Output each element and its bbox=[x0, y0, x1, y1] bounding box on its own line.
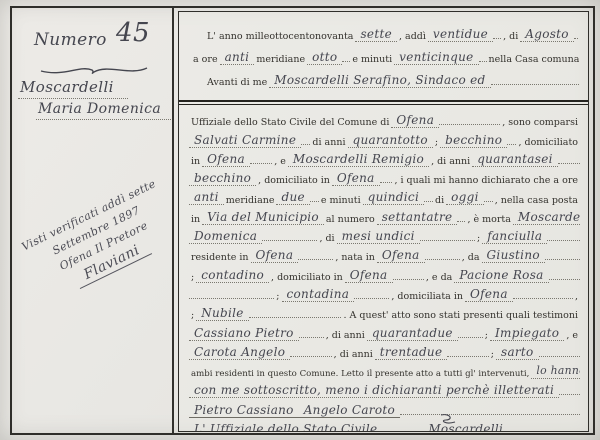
printed-text: al numero bbox=[324, 215, 377, 225]
blank-rule bbox=[290, 356, 331, 357]
signature-flourish bbox=[437, 413, 463, 425]
blank-rule bbox=[298, 259, 333, 260]
printed-text: e minuti bbox=[350, 55, 394, 65]
blank-rule bbox=[558, 163, 580, 164]
blank-rule bbox=[547, 240, 580, 241]
printed-text: , e bbox=[272, 157, 288, 167]
handwritten-entry: Impiegato bbox=[490, 327, 564, 341]
printed-text: , domiciliato in bbox=[256, 176, 332, 186]
printed-text: , nella casa posta bbox=[493, 196, 580, 206]
form-line: Salvati Carminedi anniquarantotto;becchi… bbox=[189, 128, 580, 147]
margin-numero-label: Numero bbox=[34, 30, 107, 50]
header-body-separator bbox=[179, 100, 588, 105]
blank-rule bbox=[439, 124, 500, 125]
printed-text: ambi residenti in questo Comune. Letto i… bbox=[189, 370, 531, 379]
printed-text: ; bbox=[189, 273, 196, 283]
printed-text: Uffiziale dello Stato Civile del Comune … bbox=[189, 118, 391, 128]
handwritten-entry: venticinque bbox=[394, 51, 478, 65]
numero-flourish bbox=[38, 62, 150, 78]
handwritten-entry: quarantadue bbox=[367, 327, 458, 341]
handwritten-entry: Ofena bbox=[377, 249, 425, 263]
handwritten-entry: Ofena bbox=[345, 269, 393, 283]
printed-text: e minuti bbox=[319, 196, 363, 206]
printed-text: , domiciliato in bbox=[269, 273, 345, 283]
handwritten-entry: Moscardelli Maria bbox=[513, 211, 580, 225]
margin-numero-value: 45 bbox=[116, 18, 150, 48]
form-line: ;contadina, domiciliata inOfena, bbox=[189, 283, 580, 302]
handwritten-entry: Giustino bbox=[482, 249, 545, 263]
handwritten-entry: Via del Municipio bbox=[202, 211, 324, 225]
handwritten-entry: mesi undici bbox=[337, 230, 420, 244]
margin-divider bbox=[172, 8, 174, 433]
blank-rule bbox=[545, 259, 580, 260]
printed-text: in bbox=[189, 157, 202, 167]
printed-text: meridiane bbox=[254, 55, 307, 65]
printed-text: in bbox=[189, 215, 202, 225]
blank-rule bbox=[250, 163, 272, 164]
handwritten-entry: Ofena bbox=[202, 153, 250, 167]
printed-text: , di bbox=[501, 32, 520, 42]
printed-text: , domiciliata in bbox=[389, 292, 465, 302]
printed-text: ; bbox=[433, 138, 440, 148]
form-line: residente inOfena, nata inOfena, daGiust… bbox=[189, 244, 580, 263]
blank-rule bbox=[262, 240, 317, 241]
handwritten-entry: Ofena bbox=[251, 249, 299, 263]
printed-text: , e bbox=[564, 331, 580, 341]
blank-rule bbox=[299, 337, 324, 338]
handwritten-entry: Cassiano Pietro bbox=[189, 327, 299, 341]
printed-text: ; bbox=[274, 292, 281, 302]
printed-text: , di anni bbox=[332, 350, 375, 360]
form-line: Carota Angelo, di annitrentadue;sarto bbox=[189, 341, 580, 360]
blank-rule bbox=[493, 38, 501, 39]
death-record-scan: Numero 45 Moscardelli Maria Domenica Vis… bbox=[0, 0, 600, 440]
handwritten-entry: ventidue bbox=[428, 28, 493, 42]
handwritten-entry: anti bbox=[189, 191, 224, 205]
form-line: Uffiziale dello Stato Civile del Comune … bbox=[189, 109, 580, 128]
handwritten-entry: con me sottoscritto, meno i dichiaranti … bbox=[189, 384, 559, 398]
handwritten-entry: sette bbox=[355, 28, 397, 42]
printed-text: L' anno milleottocentonovanta bbox=[205, 32, 355, 42]
form-line: L' anno milleottocentonovantasette, addì… bbox=[191, 19, 579, 42]
handwritten-entry: Moscardelli Remigio bbox=[288, 153, 429, 167]
blank-rule bbox=[189, 298, 274, 299]
printed-text: ; bbox=[483, 331, 490, 341]
printed-text: ; bbox=[189, 311, 196, 321]
handwritten-entry: Nubile bbox=[196, 307, 249, 321]
printed-text: Avanti di me bbox=[205, 78, 269, 88]
official-title-handwritten: L' Uffiziale dello Stato Civile bbox=[189, 423, 382, 431]
blank-rule bbox=[380, 182, 393, 183]
witness-signature: Pietro Cassiano bbox=[189, 404, 299, 418]
blank-rule bbox=[424, 201, 433, 202]
printed-text: , i quali mi hanno dichiarato che a ore bbox=[392, 176, 580, 186]
blank-rule bbox=[342, 61, 350, 62]
blank-rule bbox=[393, 279, 424, 280]
printed-text: di anni bbox=[310, 138, 347, 148]
form-line: ;contadino, domiciliato inOfena, e daPac… bbox=[189, 263, 580, 282]
act-header: L' anno milleottocentonovantasette, addì… bbox=[179, 12, 588, 98]
blank-rule bbox=[479, 61, 487, 62]
handwritten-entry: quarantotto bbox=[348, 134, 433, 148]
handwritten-entry: Pacione Rosa bbox=[454, 269, 548, 283]
handwritten-entry: Salvati Carmine bbox=[189, 134, 301, 148]
handwritten-entry: quindici bbox=[363, 191, 424, 205]
printed-text: meridiane bbox=[224, 196, 277, 206]
handwritten-entry: Ofena bbox=[391, 114, 439, 128]
handwritten-entry: becchino bbox=[440, 134, 507, 148]
printed-text: di bbox=[433, 196, 446, 206]
margin-column: Numero 45 Moscardelli Maria Domenica Vis… bbox=[12, 8, 172, 433]
printed-text: nella Casa comunale. bbox=[487, 55, 579, 65]
handwritten-entry: anti bbox=[220, 51, 255, 65]
form-line: inOfena, eMoscardelli Remigio, di anniqu… bbox=[189, 148, 580, 167]
form-line: antimeridianeduee minutiquindicidioggi, … bbox=[189, 186, 580, 205]
act-box: L' anno milleottocentonovantasette, addì… bbox=[178, 11, 589, 432]
handwritten-entry: Domenica bbox=[189, 230, 262, 244]
handwritten-entry: lo hanno questi bbox=[531, 366, 580, 379]
blank-rule bbox=[457, 221, 465, 222]
handwritten-entry: fanciulla bbox=[482, 230, 547, 244]
printed-text: ; bbox=[489, 350, 496, 360]
handwritten-entry: Moscardelli Serafino, Sindaco ed bbox=[269, 74, 490, 88]
form-line: ;Nubile. A quest' atto sono stati presen… bbox=[189, 302, 580, 321]
printed-text: , e da bbox=[424, 273, 454, 283]
handwritten-entry: otto bbox=[307, 51, 342, 65]
blank-rule bbox=[549, 279, 580, 280]
outer-frame: Numero 45 Moscardelli Maria Domenica Vis… bbox=[10, 6, 595, 435]
printed-text: ; bbox=[475, 234, 482, 244]
blank-rule bbox=[507, 144, 516, 145]
handwritten-entry: contadino bbox=[196, 269, 269, 283]
printed-text: , di anni bbox=[324, 331, 367, 341]
printed-text: , di bbox=[317, 234, 336, 244]
printed-text: , sono comparsi bbox=[500, 118, 580, 128]
printed-text: , nata in bbox=[333, 253, 376, 263]
blank-rule bbox=[458, 337, 483, 338]
blank-rule bbox=[574, 38, 579, 39]
handwritten-entry: Agosto bbox=[520, 28, 574, 42]
blank-rule bbox=[484, 201, 493, 202]
handwritten-entry: sarto bbox=[496, 346, 539, 360]
handwritten-entry: trentadue bbox=[375, 346, 448, 360]
witness-signature: Angelo Caroto bbox=[299, 404, 400, 418]
form-line: a oreantimeridianeottoe minutiventicinqu… bbox=[191, 42, 579, 65]
form-line: ambi residenti in questo Comune. Letto i… bbox=[189, 360, 580, 379]
form-line: Avanti di meMoscardelli Serafino, Sindac… bbox=[191, 65, 579, 88]
blank-rule bbox=[249, 317, 342, 318]
blank-rule bbox=[447, 356, 488, 357]
blank-rule bbox=[400, 414, 580, 415]
handwritten-entry: contadina bbox=[282, 288, 355, 302]
printed-text: residente in bbox=[189, 253, 251, 263]
blank-rule bbox=[425, 259, 460, 260]
blank-rule bbox=[513, 298, 573, 299]
handwritten-entry: oggi bbox=[446, 191, 484, 205]
blank-rule bbox=[559, 394, 580, 395]
handwritten-entry: becchino bbox=[189, 172, 256, 186]
printed-text: . A quest' atto sono stati presenti qual… bbox=[341, 311, 580, 321]
blank-rule bbox=[539, 356, 580, 357]
handwritten-entry: Carota Angelo bbox=[189, 346, 290, 360]
official-signature-line: L' Uffiziale dello Stato CivileMoscardel… bbox=[189, 418, 580, 431]
blank-rule bbox=[310, 201, 319, 202]
blank-rule bbox=[420, 240, 475, 241]
handwritten-entry: settantatre bbox=[377, 211, 458, 225]
handwritten-entry: due bbox=[276, 191, 309, 205]
blank-rule bbox=[301, 144, 310, 145]
printed-text: , domiciliato bbox=[516, 138, 580, 148]
handwritten-entry: Ofena bbox=[465, 288, 513, 302]
form-line: becchino, domiciliato inOfena, i quali m… bbox=[189, 167, 580, 186]
form-line: inVia del Municipioal numerosettantatre,… bbox=[189, 205, 580, 224]
form-line: Domenica, dimesi undici;fanciulla bbox=[189, 225, 580, 244]
blank-rule bbox=[354, 298, 389, 299]
blank-rule bbox=[491, 84, 579, 85]
margin-given-names: Maria Domenica bbox=[36, 101, 171, 120]
form-line: con me sottoscritto, meno i dichiaranti … bbox=[189, 379, 580, 398]
printed-text: , è morta bbox=[465, 215, 512, 225]
printed-text: a ore bbox=[191, 55, 220, 65]
printed-text: , bbox=[573, 292, 580, 302]
signatures-line: Pietro CassianoAngelo Caroto bbox=[189, 398, 580, 417]
margin-surname: Moscardelli bbox=[18, 78, 128, 99]
act-body: Uffiziale dello Stato Civile del Comune … bbox=[179, 106, 588, 431]
form-line: Cassiano Pietro, di anniquarantadue;Impi… bbox=[189, 321, 580, 340]
printed-text: , addì bbox=[397, 32, 428, 42]
handwritten-entry: quarantasei bbox=[472, 153, 558, 167]
printed-text: , di anni bbox=[429, 157, 472, 167]
handwritten-entry: Ofena bbox=[332, 172, 380, 186]
printed-text: , da bbox=[460, 253, 482, 263]
